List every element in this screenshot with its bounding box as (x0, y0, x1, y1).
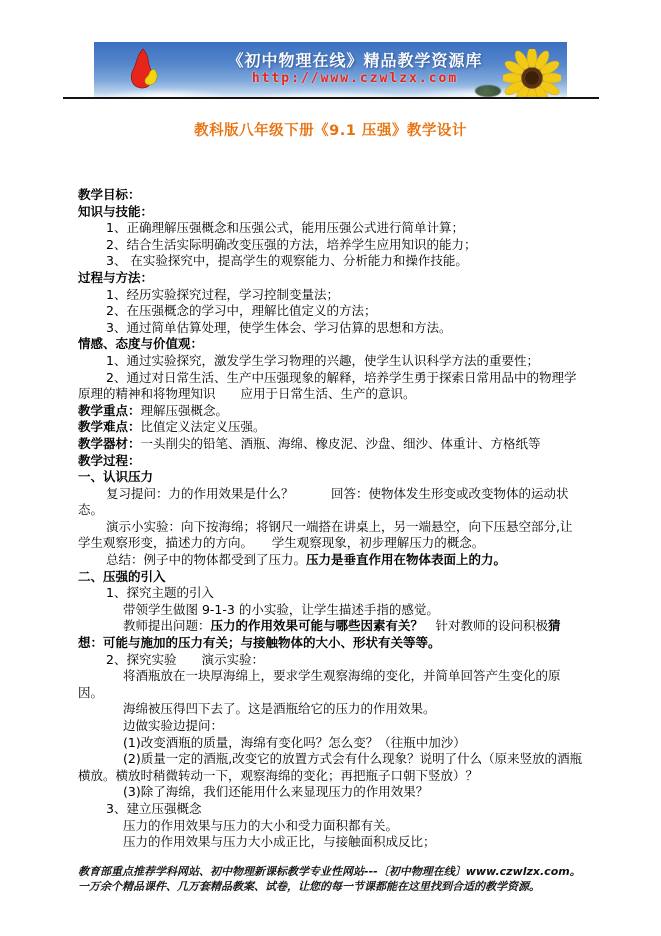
footer-note: 教育部重点推荐学科网站、初中物理新课标教学专业性网站---〔初中物理在线〕www… (78, 864, 583, 895)
doc-paragraph: 过程与方法： (78, 270, 583, 287)
doc-paragraph: 压力的作用效果与压力大小成正比，与接触面积成反比； (78, 834, 583, 851)
header-banner: 《初中物理在线》精品教学资源库 http://www.czwlzx.com (94, 42, 567, 97)
sunflower-icon (503, 49, 561, 97)
banner-site-title: 《初中物理在线》精品教学资源库 (190, 48, 520, 71)
text-run: (3)除了海绵，我们还能用什么来显现压力的作用效果？ (123, 784, 428, 799)
doc-paragraph: 教师提出问题：压力的作用效果可能与哪些因素有关？ 针对教师的设问积极猜想：可能与… (78, 618, 583, 651)
text-run: 2、通过对日常生活、生产中压强现象的解释，培养学生勇于探索日常用品中的物理学原理… (78, 370, 576, 402)
document-body: 教学目标：知识与技能：1、正确理解压强概念和压强公式，能用压强公式进行简单计算；… (78, 187, 583, 851)
doc-paragraph: 二、压强的引入 (78, 569, 583, 586)
text-run: 教学目标： (78, 187, 141, 202)
text-run: 过程与方法： (78, 270, 153, 285)
text-run: 演示小实验：向下按海绵；将钢尺一端搭在讲桌上，另一端悬空，向下压悬空部分,让学生… (78, 519, 572, 551)
horizontal-rule (63, 97, 599, 99)
text-run: 复习提问：力的作用效果是什么？ 回答：使物体发生形变或改变物体的运动状态。 (78, 486, 569, 518)
doc-paragraph: (3)除了海绵，我们还能用什么来显现压力的作用效果？ (78, 784, 583, 801)
flame-logo-icon (121, 47, 167, 95)
doc-paragraph: 边做实验边提问： (78, 718, 583, 735)
text-run: (2)质量一定的酒瓶,改变它的放置方式会有什么现象？说明了什么（原来竖放的酒瓶横… (78, 751, 582, 783)
doc-paragraph: (1)改变酒瓶的质量，海绵有变化吗？怎么变？（往瓶中加沙） (78, 735, 583, 752)
text-run: 2、结合生活实际明确改变压强的方法，培养学生应用知识的能力； (106, 237, 476, 252)
text-run: 一、认识压力 (78, 469, 153, 484)
text-run: 1、探究主题的引入 (106, 585, 214, 600)
doc-paragraph: 1、经历实验探究过程，学习控制变量法； (78, 287, 583, 304)
text-run: 边做实验边提问： (123, 718, 223, 733)
text-run: 1、经历实验探究过程，学习控制变量法； (106, 287, 339, 302)
doc-paragraph: 2、结合生活实际明确改变压强的方法，培养学生应用知识的能力； (78, 237, 583, 254)
text-run: 针对教师的设问积极 (423, 618, 548, 633)
doc-paragraph: 教学过程： (78, 453, 583, 470)
text-run: (1)改变酒瓶的质量，海绵有变化吗？怎么变？（往瓶中加沙） (123, 735, 466, 750)
doc-paragraph: 2、通过对日常生活、生产中压强现象的解释，培养学生勇于探索日常用品中的物理学原理… (78, 370, 583, 403)
doc-paragraph: 1、通过实验探究，激发学生学习物理的兴趣，使学生认识科学方法的重要性； (78, 353, 583, 370)
doc-paragraph: 3、 在实验探究中，提高学生的观察能力、分析能力和操作技能。 (78, 253, 583, 270)
doc-paragraph: 教学目标： (78, 187, 583, 204)
text-run: 3、 在实验探究中，提高学生的观察能力、分析能力和操作技能。 (106, 253, 468, 268)
text-run: 教学难点： (78, 419, 141, 434)
text-run: 教学器材： (78, 436, 141, 451)
text-run: 压力的作用效果与压力大小成正比，与接触面积成反比； (123, 834, 436, 849)
text-run: 将酒瓶放在一块厚海绵上，要求学生观察海绵的变化，并简单回答产生变化的原因。 (78, 668, 561, 700)
text-run: 1、正确理解压强概念和压强公式，能用压强公式进行简单计算； (106, 220, 464, 235)
text-run: 2、在压强概念的学习中，理解比值定义的方法； (106, 303, 376, 318)
text-run: 带领学生做图 9-1-3 的小实验，让学生描述手指的感觉。 (123, 602, 439, 617)
doc-paragraph: 海绵被压得凹下去了。这是酒瓶给它的压力的作用效果。 (78, 701, 583, 718)
text-run: 压力的作用效果与压力的大小和受力面积都有关。 (123, 818, 398, 833)
doc-paragraph: 1、正确理解压强概念和压强公式，能用压强公式进行简单计算； (78, 220, 583, 237)
doc-paragraph: 将酒瓶放在一块厚海绵上，要求学生观察海绵的变化，并简单回答产生变化的原因。 (78, 668, 583, 701)
doc-paragraph: 情感、态度与价值观： (78, 336, 583, 353)
text-run: 教学过程： (78, 453, 141, 468)
doc-paragraph: 教学难点：比值定义法定义压强。 (78, 419, 583, 436)
text-run: 知识与技能： (78, 204, 153, 219)
text-run: 2、探究实验 演示实验： (106, 652, 264, 667)
text-run: 一头削尖的铅笔、酒瓶、海绵、橡皮泥、沙盘、细沙、体重计、方格纸等 (141, 436, 541, 451)
doc-paragraph: 2、在压强概念的学习中，理解比值定义的方法； (78, 303, 583, 320)
doc-paragraph: 1、探究主题的引入 (78, 585, 583, 602)
text-run: 1、通过实验探究，激发学生学习物理的兴趣，使学生认识科学方法的重要性； (106, 353, 539, 368)
doc-paragraph: 压力的作用效果与压力的大小和受力面积都有关。 (78, 818, 583, 835)
text-run: 教学重点： (78, 403, 141, 418)
doc-paragraph: (2)质量一定的酒瓶,改变它的放置方式会有什么现象？说明了什么（原来竖放的酒瓶横… (78, 751, 583, 784)
doc-paragraph: 3、建立压强概念 (78, 801, 583, 818)
text-run: 情感、态度与价值观： (78, 336, 203, 351)
doc-paragraph: 教学重点：理解压强概念。 (78, 403, 583, 420)
text-run: 教师提出问题： (123, 618, 211, 633)
banner-site-url[interactable]: http://www.czwlzx.com (190, 71, 520, 86)
text-run: 3、建立压强概念 (106, 801, 201, 816)
leaf-decoration (475, 85, 501, 97)
text-run: 总结：例子中的物体都受到了压力。 (106, 552, 306, 567)
text-run: 压力的作用效果可能与哪些因素有关？ (211, 618, 424, 633)
page-title: 教科版八年级下册《9.1 压强》教学设计 (0, 119, 661, 140)
page: { "banner": { "site_title": "《初中物理在线》精品教… (0, 0, 661, 936)
text-run: 压力是垂直作用在物体表面上的力。 (306, 552, 506, 567)
text-run: 3、通过简单估算处理，使学生体会、学习估算的思想和方法。 (106, 320, 451, 335)
doc-paragraph: 教学器材：一头削尖的铅笔、酒瓶、海绵、橡皮泥、沙盘、细沙、体重计、方格纸等 (78, 436, 583, 453)
doc-paragraph: 一、认识压力 (78, 469, 583, 486)
text-run: 理解压强概念。 (141, 403, 229, 418)
doc-paragraph: 演示小实验：向下按海绵；将钢尺一端搭在讲桌上，另一端悬空，向下压悬空部分,让学生… (78, 519, 583, 552)
doc-paragraph: 知识与技能： (78, 204, 583, 221)
doc-paragraph: 复习提问：力的作用效果是什么？ 回答：使物体发生形变或改变物体的运动状态。 (78, 486, 583, 519)
doc-paragraph: 3、通过简单估算处理，使学生体会、学习估算的思想和方法。 (78, 320, 583, 337)
doc-paragraph: 2、探究实验 演示实验： (78, 652, 583, 669)
doc-paragraph: 总结：例子中的物体都受到了压力。压力是垂直作用在物体表面上的力。 (78, 552, 583, 569)
header-banner-area: 《初中物理在线》精品教学资源库 http://www.czwlzx.com (63, 42, 599, 99)
text-run: 比值定义法定义压强。 (141, 419, 266, 434)
text-run: 二、压强的引入 (78, 569, 166, 584)
doc-paragraph: 带领学生做图 9-1-3 的小实验，让学生描述手指的感觉。 (78, 602, 583, 619)
text-run: 海绵被压得凹下去了。这是酒瓶给它的压力的作用效果。 (123, 701, 436, 716)
